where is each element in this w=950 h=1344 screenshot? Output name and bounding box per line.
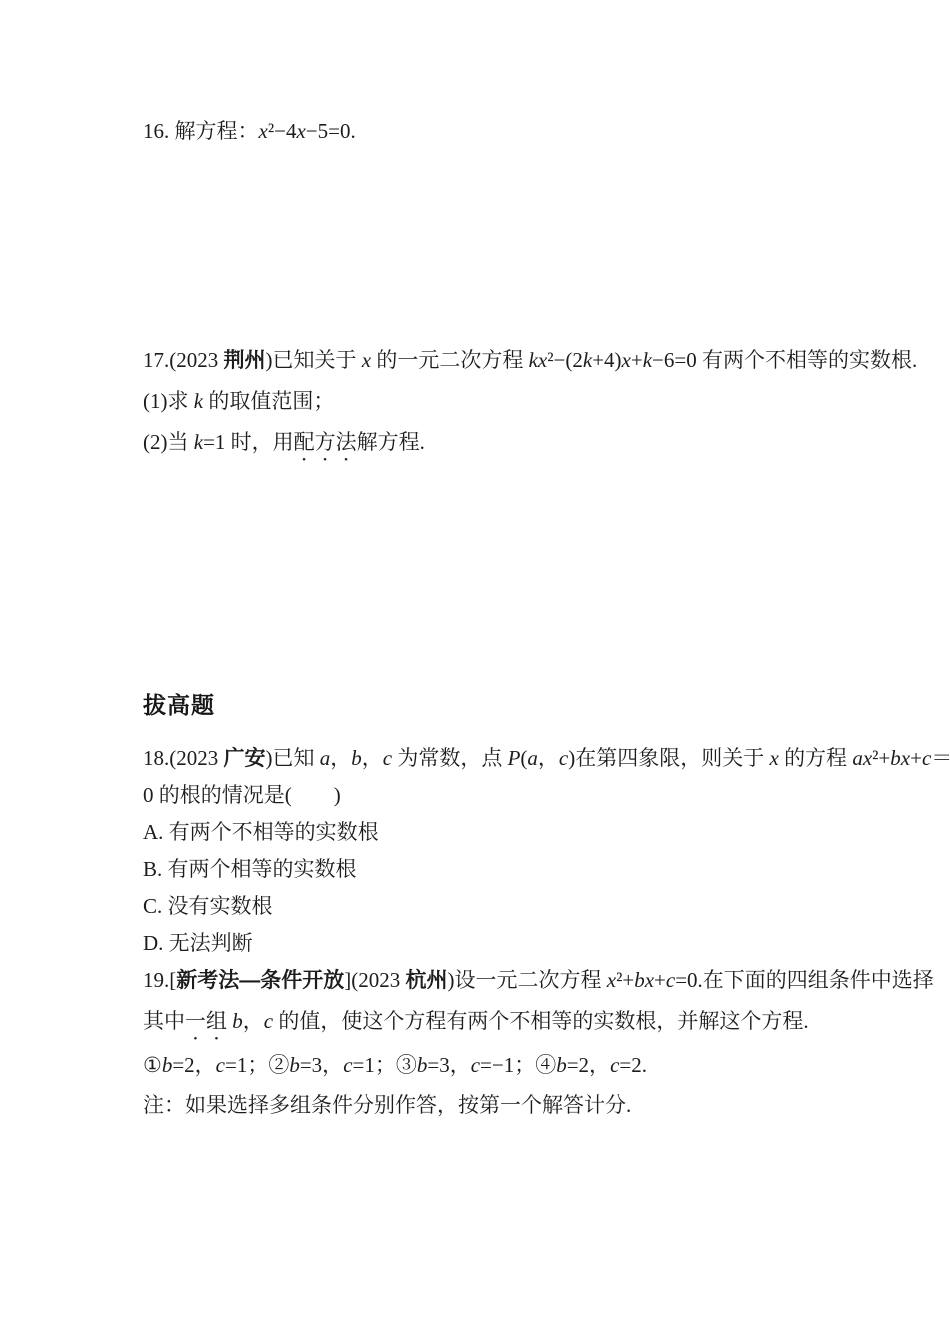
text-segment: (2)当 xyxy=(143,430,194,454)
text-segment: ax xyxy=(852,746,872,770)
text-segment: c xyxy=(471,1053,480,1077)
text-segment: 17.(2023 xyxy=(143,348,224,372)
text-segment: =3， xyxy=(300,1053,343,1077)
text-segment: 广安 xyxy=(224,747,266,770)
worksheet-content: 16. 解方程：x²−4x−5=0. 17.(2023 荆州)已知关于 x 的一… xyxy=(0,112,950,1125)
text-segment: x xyxy=(622,348,631,372)
text-segment: + xyxy=(654,968,666,992)
text-segment: 的取值范围； xyxy=(203,389,334,413)
text-segment: ， xyxy=(243,1009,264,1033)
problem-18-option-b: B. 有两个相等的实数根 xyxy=(143,851,832,888)
text-segment: 一组 xyxy=(185,1009,227,1033)
text-segment: =0.在下面的四组条件中选择 xyxy=(675,968,934,992)
text-segment: ， xyxy=(330,746,351,770)
text-segment: 0 的根的情况是( ) xyxy=(143,783,341,807)
text-segment: 配方法 xyxy=(294,430,357,454)
text-segment: c xyxy=(216,1053,225,1077)
text-segment: 16. 解方程： xyxy=(143,119,259,143)
text-segment: −6=0 有两个不相等的实数根. xyxy=(652,348,917,372)
text-segment: 为常数，点 xyxy=(392,746,508,770)
worksheet-page: 16. 解方程：x²−4x−5=0. 17.(2023 荆州)已知关于 x 的一… xyxy=(0,0,950,1344)
problem-18-option-c: C. 没有实数根 xyxy=(143,888,832,925)
text-segment: =2， xyxy=(172,1053,215,1077)
text-segment: =1；③ xyxy=(353,1053,417,1077)
problem-18-option-a: A. 有两个不相等的实数根 xyxy=(143,814,832,851)
problem-19-conditions: ①b=2，c=1；②b=3，c=1；③b=3，c=−1；④b=2，c=2. xyxy=(143,1045,832,1085)
text-segment: x xyxy=(259,119,268,143)
text-segment: b xyxy=(232,1009,243,1033)
problem-19-line-1: 19.[新考法—条件开放](2023 杭州)设一元二次方程 x²+bx+c=0.… xyxy=(143,960,832,1001)
text-segment: x xyxy=(296,119,305,143)
text-segment: ²+ xyxy=(872,746,890,770)
text-segment: + xyxy=(910,746,922,770)
text-segment: c xyxy=(343,1053,352,1077)
text-segment: 的值，使这个方程有两个不相等的实数根，并解这个方程. xyxy=(273,1009,809,1033)
text-segment: 的方程 xyxy=(779,746,853,770)
text-segment: c xyxy=(610,1053,619,1077)
text-segment: c xyxy=(559,746,568,770)
text-segment: k xyxy=(583,348,592,372)
text-segment: C. 没有实数根 xyxy=(143,894,273,918)
text-segment: b xyxy=(417,1053,428,1077)
section-heading: 拔高题 xyxy=(143,690,832,720)
text-segment: b xyxy=(351,746,362,770)
problem-18-line-1: 18.(2023 广安)已知 a，b，c 为常数，点 P(a，c)在第四象限，则… xyxy=(143,740,832,777)
text-segment: ， xyxy=(362,746,383,770)
text-segment: ＝ xyxy=(931,746,950,770)
problem-19-note: 注：如果选择多组条件分别作答，按第一个解答计分. xyxy=(143,1085,832,1125)
text-segment: a xyxy=(527,746,538,770)
text-segment: 其中 xyxy=(143,1009,185,1033)
text-segment: 新考法—条件开放 xyxy=(176,969,344,992)
text-segment: B. 有两个相等的实数根 xyxy=(143,857,357,881)
text-segment: =1；② xyxy=(225,1053,289,1077)
text-segment: =2. xyxy=(619,1053,647,1077)
text-segment: b xyxy=(289,1053,300,1077)
text-segment: bx xyxy=(634,968,654,992)
problem-16: 16. 解方程：x²−4x−5=0. xyxy=(143,112,832,150)
text-segment: 注：如果选择多组条件分别作答，按第一个解答计分. xyxy=(143,1093,631,1117)
problem-17: 17.(2023 荆州)已知关于 x 的一元二次方程 kx²−(2k+4)x+k… xyxy=(143,340,832,466)
text-segment: −5=0. xyxy=(306,119,356,143)
text-segment: 杭州 xyxy=(406,969,448,992)
text-segment: 19.[ xyxy=(143,968,176,992)
problem-17-part-1: (1)求 k 的取值范围； xyxy=(143,381,832,422)
text-segment: =1 时，用 xyxy=(203,430,294,454)
problem-19: 19.[新考法—条件开放](2023 杭州)设一元二次方程 x²+bx+c=0.… xyxy=(143,960,832,1125)
text-segment: )设一元二次方程 xyxy=(448,968,607,992)
text-segment: D. 无法判断 xyxy=(143,931,253,955)
text-segment: c xyxy=(922,746,931,770)
text-segment: ① xyxy=(143,1053,162,1077)
text-segment: =−1；④ xyxy=(480,1053,556,1077)
text-segment: =2， xyxy=(567,1053,610,1077)
problem-19-line-2: 其中一组 b，c 的值，使这个方程有两个不相等的实数根，并解这个方程. xyxy=(143,1001,832,1045)
text-segment: )在第四象限，则关于 xyxy=(568,746,769,770)
problem-18-line-2: 0 的根的情况是( ) xyxy=(143,777,832,814)
text-segment: P xyxy=(508,746,521,770)
text-segment: bx xyxy=(890,746,910,770)
text-segment: 解方程. xyxy=(357,430,425,454)
text-segment: 的一元二次方程 xyxy=(371,348,529,372)
text-segment: )已知 xyxy=(266,746,320,770)
text-segment: kx xyxy=(529,348,548,372)
text-segment: ²−(2 xyxy=(547,348,583,372)
text-segment: +4) xyxy=(592,348,621,372)
problem-16-line-1: 16. 解方程：x²−4x−5=0. xyxy=(143,112,832,150)
text-segment: a xyxy=(320,746,331,770)
text-segment: k xyxy=(643,348,652,372)
text-segment: b xyxy=(162,1053,173,1077)
problem-18-option-d: D. 无法判断 xyxy=(143,925,832,962)
text-segment: k xyxy=(194,430,203,454)
text-segment: c xyxy=(264,1009,273,1033)
text-segment: ， xyxy=(538,746,559,770)
problem-17-line-1: 17.(2023 荆州)已知关于 x 的一元二次方程 kx²−(2k+4)x+k… xyxy=(143,340,832,381)
text-segment: ²−4 xyxy=(268,119,297,143)
text-segment: k xyxy=(194,389,203,413)
text-segment: x xyxy=(362,348,371,372)
text-segment: (1)求 xyxy=(143,389,194,413)
text-segment: ](2023 xyxy=(344,968,405,992)
problem-18: 18.(2023 广安)已知 a，b，c 为常数，点 P(a，c)在第四象限，则… xyxy=(143,740,832,962)
text-segment: c xyxy=(383,746,392,770)
text-segment: )已知关于 xyxy=(266,348,362,372)
text-segment: + xyxy=(631,348,643,372)
text-segment: 荆州 xyxy=(224,349,266,372)
text-segment: b xyxy=(556,1053,567,1077)
text-segment: x xyxy=(769,746,778,770)
text-segment: =3， xyxy=(427,1053,470,1077)
text-segment: x xyxy=(607,968,616,992)
text-segment: c xyxy=(666,968,675,992)
text-segment: ²+ xyxy=(616,968,634,992)
text-segment: 18.(2023 xyxy=(143,746,224,770)
problem-17-part-2: (2)当 k=1 时，用配方法解方程. xyxy=(143,422,832,466)
text-segment: A. 有两个不相等的实数根 xyxy=(143,820,379,844)
